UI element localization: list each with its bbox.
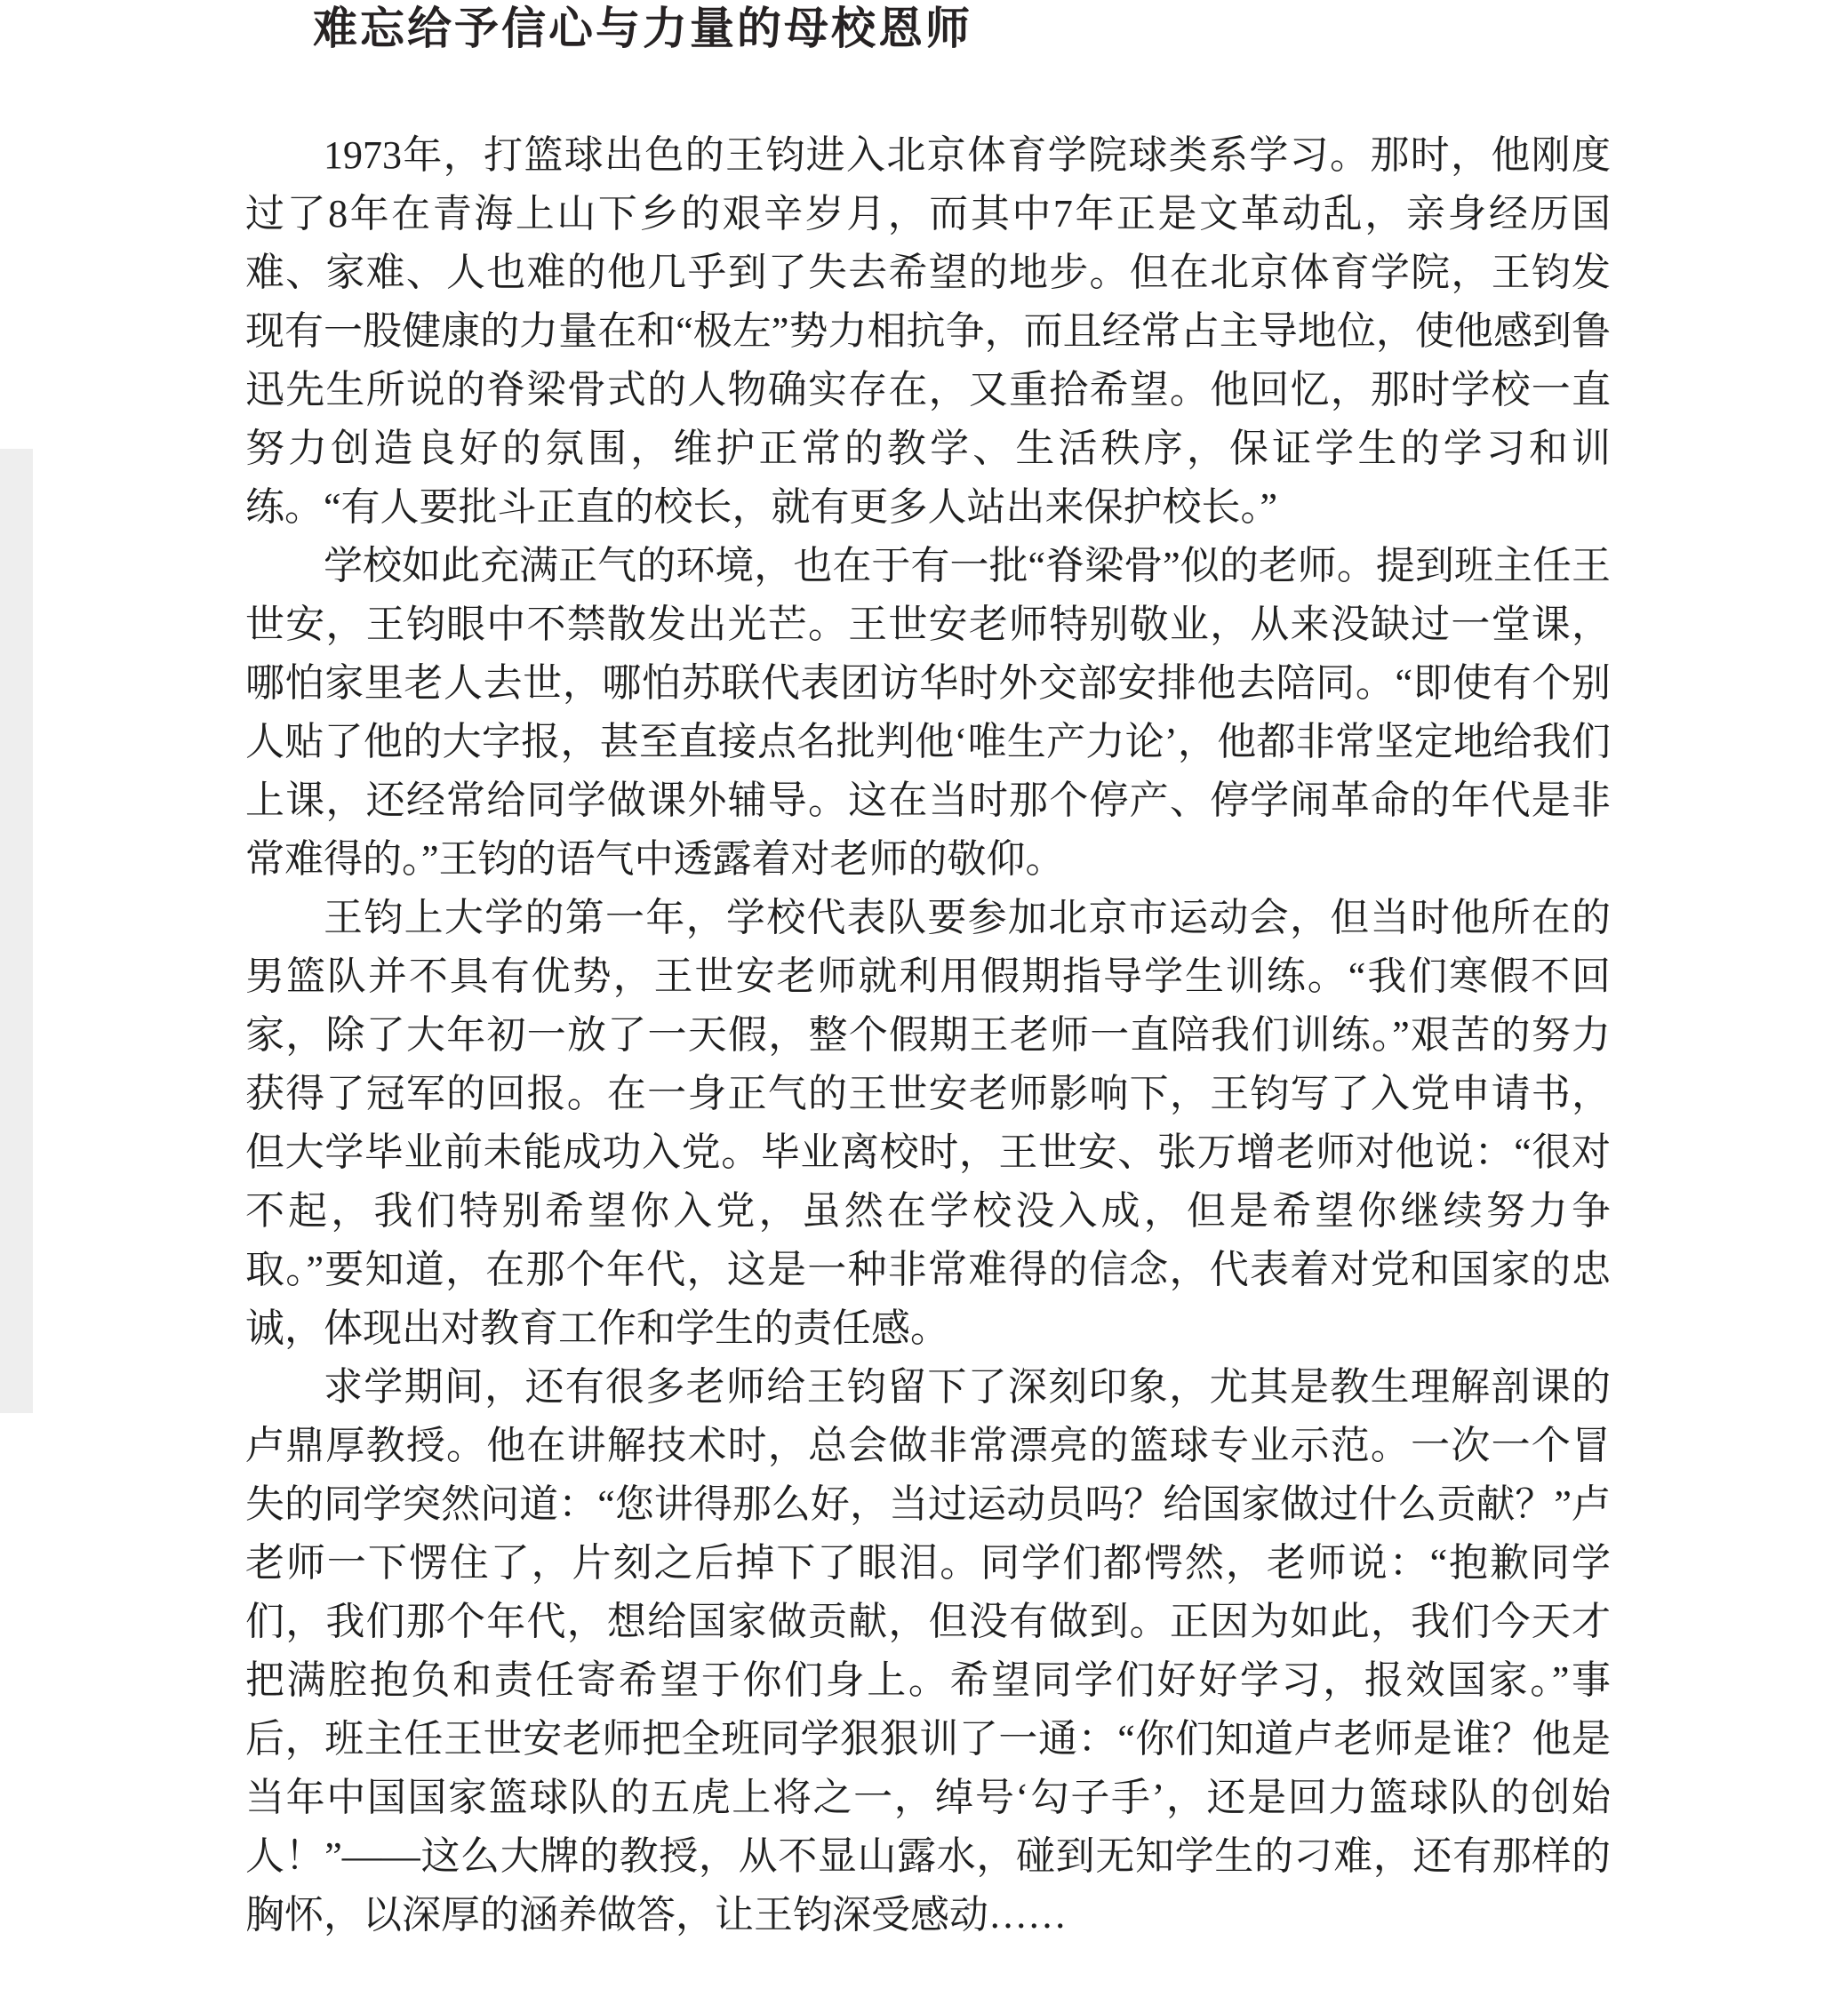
paragraph-2: 学校如此充满正气的环境，也在于有一批“脊梁骨”似的老师。提到班主任王世安，王钧眼… [245,537,1611,889]
page-title: 难忘给予信心与力量的母校恩师 [313,0,972,57]
article-body: 1973年，打篮球出色的王钧进入北京体育学院球类系学习。那时，他刚度过了8年在青… [245,126,1611,1945]
document-page: 难忘给予信心与力量的母校恩师 1973年，打篮球出色的王钧进入北京体育学院球类系… [0,0,1848,1989]
scan-shadow-artifact [0,449,33,1413]
paragraph-3: 王钧上大学的第一年，学校代表队要参加北京市运动会，但当时他所在的男篮队并不具有优… [245,889,1611,1358]
paragraph-1: 1973年，打篮球出色的王钧进入北京体育学院球类系学习。那时，他刚度过了8年在青… [245,126,1611,537]
paragraph-4: 求学期间，还有很多老师给王钧留下了深刻印象，尤其是教生理解剖课的卢鼎厚教授。他在… [245,1358,1611,1945]
